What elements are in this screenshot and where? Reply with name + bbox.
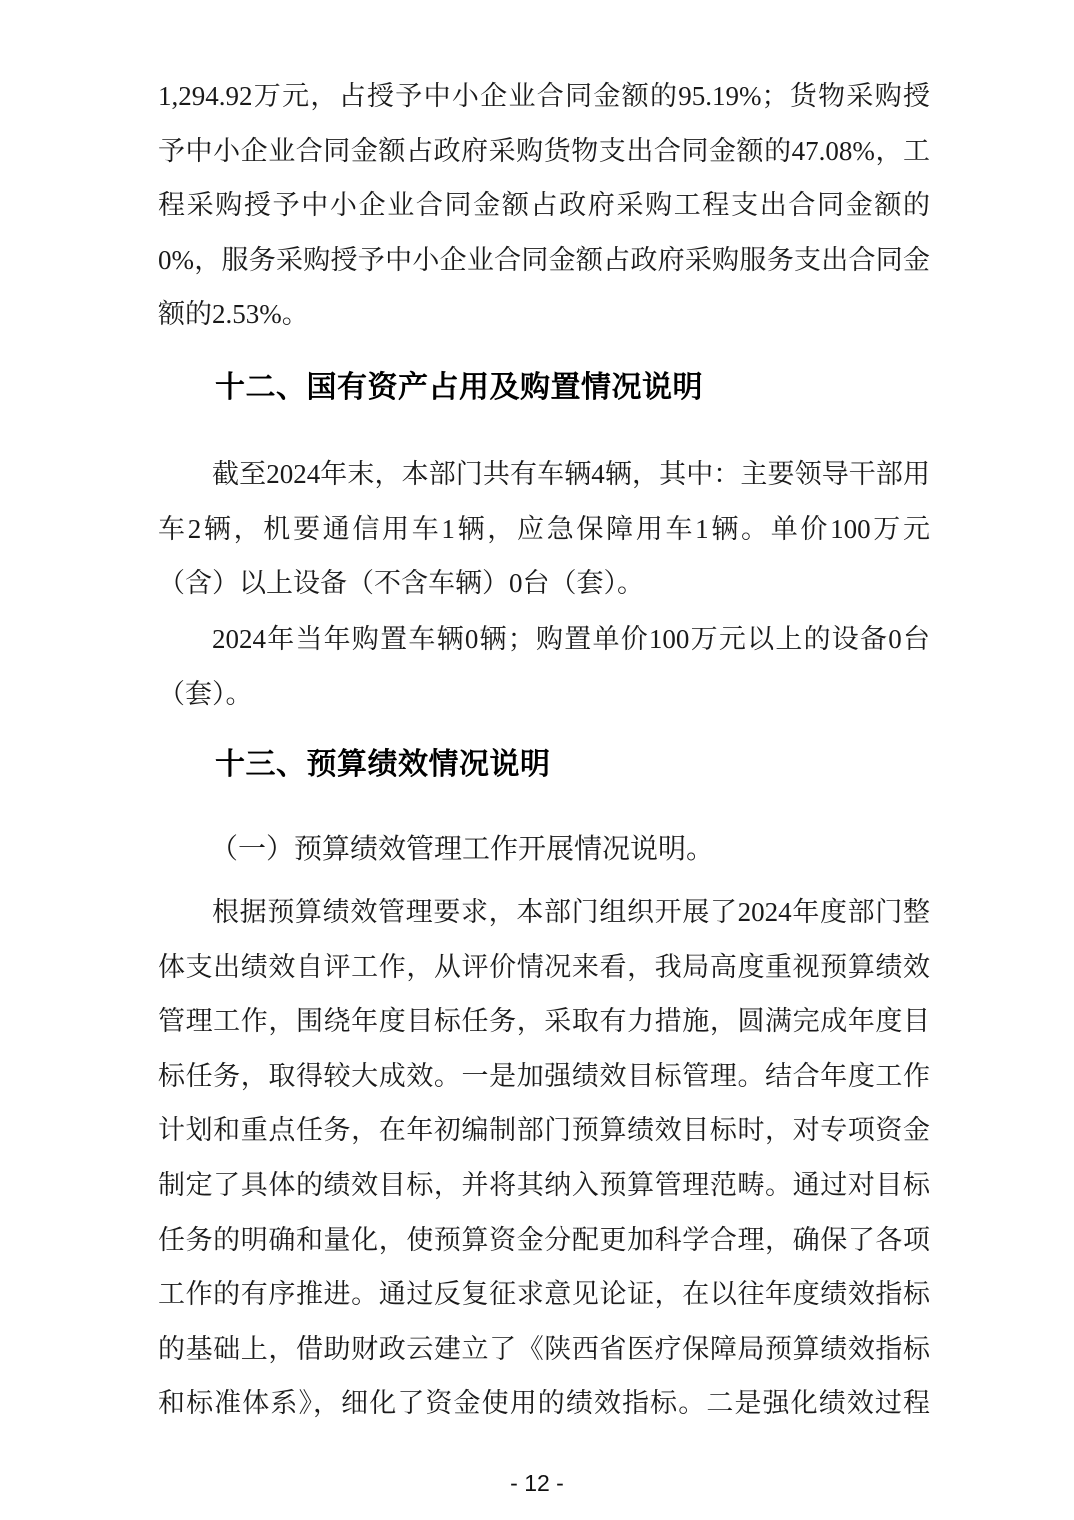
page-number: - 12 -	[0, 1468, 1074, 1498]
text-line: 0%，服务采购授予中小企业合同金额占政府采购服务支出合同金	[158, 233, 930, 288]
text-line: 的基础上，借助财政云建立了《陕西省医疗保障局预算绩效指标	[158, 1322, 930, 1377]
document-page: 1,294.92万元，占授予中小企业合同金额的95.19%；货物采购授予中小企业…	[0, 0, 1074, 1520]
text-line: 程采购授予中小企业合同金额占政府采购工程支出合同金额的	[158, 178, 930, 233]
text-line: 标任务，取得较大成效。一是加强绩效目标管理。结合年度工作	[158, 1049, 930, 1104]
text-line: 计划和重点任务，在年初编制部门预算绩效目标时，对专项资金	[158, 1103, 930, 1158]
section-heading-13: 十三、预算绩效情况说明	[158, 746, 930, 784]
text-line: 和标准体系》，细化了资金使用的绩效指标。二是强化绩效过程	[158, 1376, 930, 1431]
text-line: 截至2024年末，本部门共有车辆4辆，其中：主要领导干部用	[158, 447, 930, 502]
text-line: 2024年当年购置车辆0辆；购置单价100万元以上的设备0台	[158, 612, 930, 667]
subsection-heading-performance: （一）预算绩效管理工作开展情况说明。	[158, 822, 930, 877]
paragraph-state-assets: 截至2024年末，本部门共有车辆4辆，其中：主要领导干部用车2辆，机要通信用车1…	[158, 447, 930, 611]
text-line: 制定了具体的绩效目标，并将其纳入预算管理范畴。通过对目标	[158, 1158, 930, 1213]
paragraph-year-purchase: 2024年当年购置车辆0辆；购置单价100万元以上的设备0台（套）。	[158, 612, 930, 721]
text-line: 予中小企业合同金额占政府采购货物支出合同金额的47.08%，工	[158, 124, 930, 179]
text-line: 工作的有序推进。通过反复征求意见论证，在以往年度绩效指标	[158, 1267, 930, 1322]
text-line: 1,294.92万元，占授予中小企业合同金额的95.19%；货物采购授	[158, 69, 930, 124]
text-line: （套）。	[158, 667, 930, 722]
paragraph-procurement-continued: 1,294.92万元，占授予中小企业合同金额的95.19%；货物采购授予中小企业…	[158, 69, 930, 342]
paragraph-performance-management: 根据预算绩效管理要求，本部门组织开展了2024年度部门整体支出绩效自评工作，从评…	[158, 885, 930, 1431]
text-line: （含）以上设备（不含车辆）0台（套）。	[158, 556, 930, 611]
text-line: 根据预算绩效管理要求，本部门组织开展了2024年度部门整	[158, 885, 930, 940]
text-line: 体支出绩效自评工作，从评价情况来看，我局高度重视预算绩效	[158, 940, 930, 995]
text-line: 任务的明确和量化，使预算资金分配更加科学合理，确保了各项	[158, 1213, 930, 1268]
text-line: 额的2.53%。	[158, 287, 930, 342]
section-heading-12: 十二、国有资产占用及购置情况说明	[158, 369, 930, 407]
text-line: 管理工作，围绕年度目标任务，采取有力措施，圆满完成年度目	[158, 994, 930, 1049]
text-line: 车2辆，机要通信用车1辆，应急保障用车1辆。单价100万元	[158, 502, 930, 557]
